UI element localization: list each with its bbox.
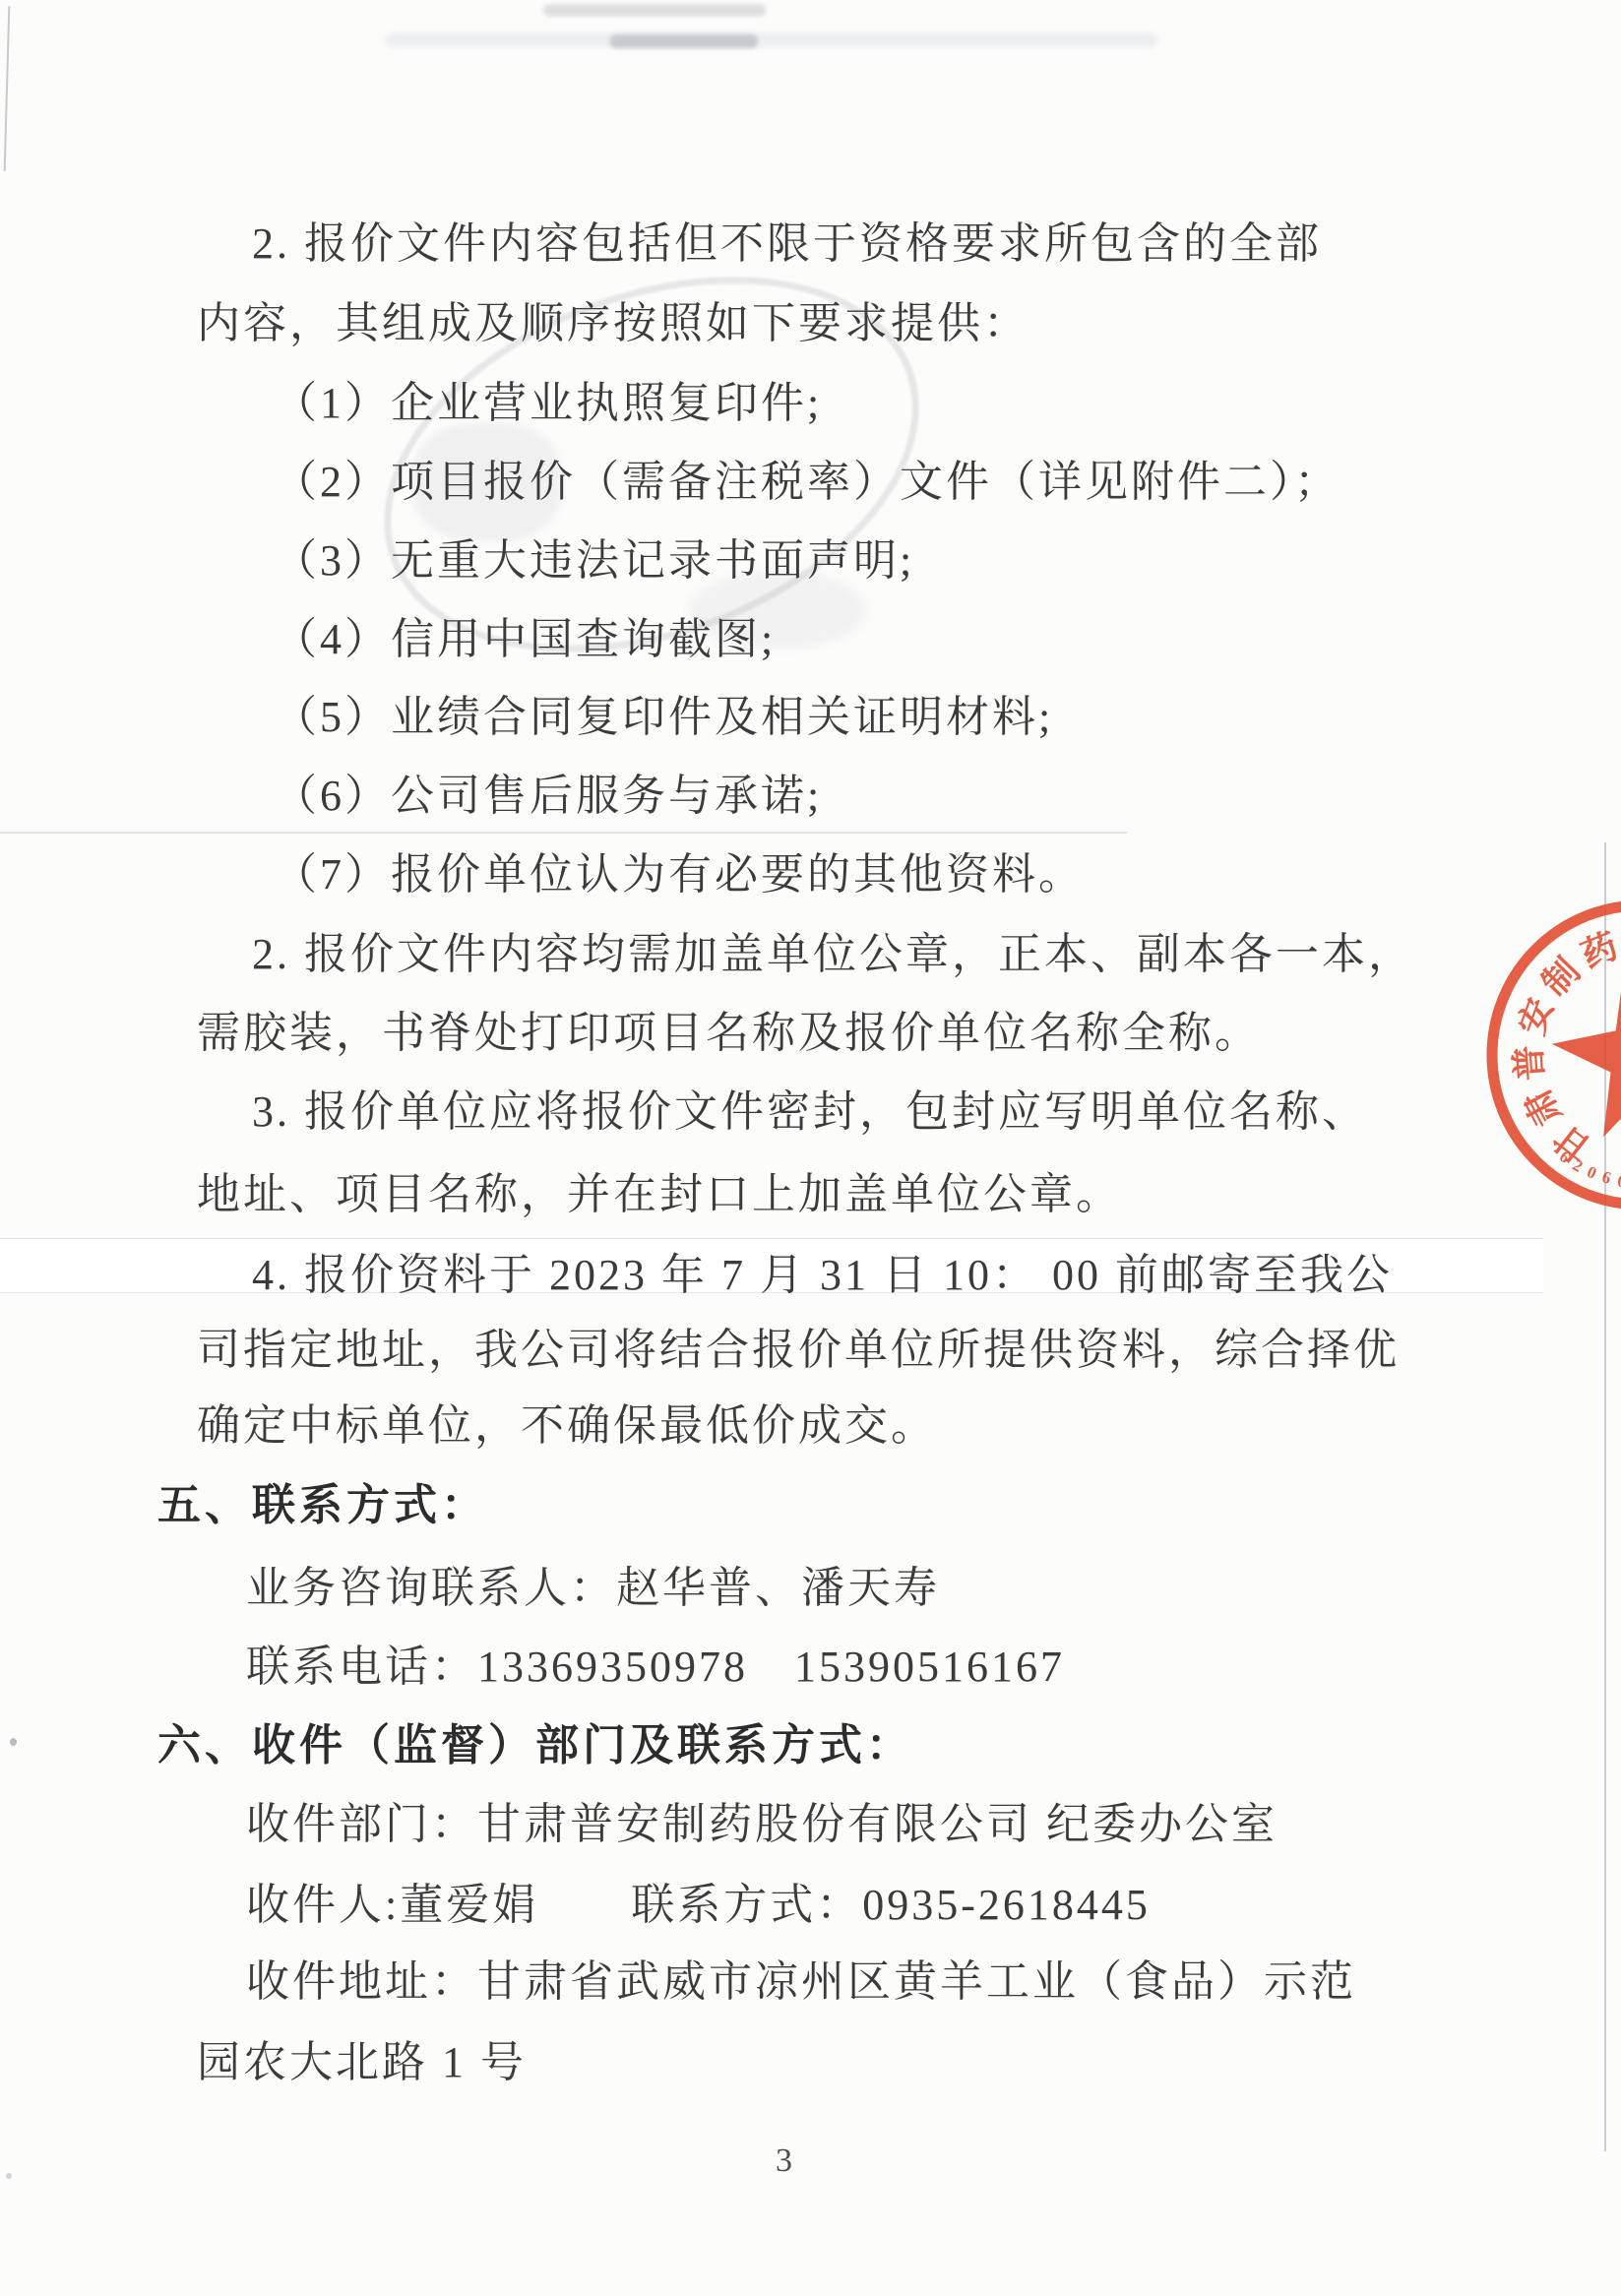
scan-smudge-top-2 (386, 32, 1157, 47)
scan-smudge-top-1 (543, 4, 766, 17)
scan-speck (10, 1738, 17, 1746)
scan-speck (6, 2173, 12, 2179)
text-line: 确定中标单位，不确保最低价成交。 (197, 1400, 937, 1452)
company-seal-stamp: 甘 肃 普 安 制 药 股 份 6 2 0 6 0 1 3 (1472, 886, 1621, 1224)
seal-serial-digit: 6 (1600, 1167, 1613, 1188)
scan-edge-line-topleft (4, 6, 11, 171)
list-item: （1）企业营业执照复印件; (274, 378, 822, 429)
seal-character: 普 (1509, 1044, 1550, 1083)
list-item: （3）无重大违法记录书面声明; (274, 535, 914, 587)
text-line: 3. 报价单位应将报价文件密封，包封应写明单位名称、 (252, 1086, 1368, 1138)
text-line: 4. 报价资料于 2023 年 7 月 31 日 10： 00 前邮寄至我公 (252, 1250, 1393, 1301)
list-item: （4）信用中国查询截图; (274, 614, 776, 665)
scanned-document-page: { "page": { "number": "3", "background":… (0, 0, 1621, 2296)
text-line: 2. 报价文件内容均需加盖单位公章，正本、副本各一本， (252, 929, 1414, 980)
scan-artifact-line (0, 832, 1127, 834)
list-item: （6）公司售后服务与承诺; (274, 771, 822, 822)
list-item: （5）业绩合同复印件及相关证明材料; (274, 692, 1053, 743)
text-line: 2. 报价文件内容包括但不限于资格要求所包含的全部 (252, 218, 1322, 270)
contact-phone-line: 联系电话：13369350978 15390516167 (246, 1642, 1065, 1693)
page-number: 3 (776, 2136, 792, 2187)
text-line: 内容，其组成及顺序按照如下要求提供： (197, 298, 1029, 349)
seal-serial-digit: 0 (1585, 1162, 1599, 1183)
seal-character: 制 (1534, 951, 1588, 1004)
list-item: （2）项目报价（需备注税率）文件（详见附件二）； (274, 457, 1340, 508)
contact-person-line: 业务咨询联系人：赵华普、潘天寿 (246, 1563, 940, 1614)
seal-character: 药 (1576, 926, 1621, 976)
recipient-department-line: 收件部门：甘肃普安制药股份有限公司 纪委办公室 (246, 1799, 1278, 1850)
scan-smudge-top-3 (610, 34, 758, 48)
recipient-address-line: 收件地址：甘肃省武威市凉州区黄羊工业（食品）示范 (246, 1956, 1356, 2008)
text-line: 需胶装，书脊处打印项目名称及报价单位名称全称。 (197, 1008, 1261, 1059)
text-line: 地址、项目名称，并在封口上加盖单位公章。 (197, 1169, 1122, 1220)
text-line: 司指定地址，我公司将结合报价单位所提供资料，综合择优 (197, 1325, 1400, 1376)
list-item: （7）报价单位认为有必要的其他资料。 (274, 849, 1085, 900)
recipient-address-line2: 园农大北路 1 号 (197, 2037, 527, 2088)
section-heading-contact: 五、联系方式： (157, 1480, 488, 1531)
section-heading-recipient: 六、收件（监督）部门及联系方式： (157, 1720, 913, 1771)
recipient-person-line: 收件人:董爱娟 联系方式：0935-2618445 (246, 1880, 1151, 1931)
seal-character: 肃 (1518, 1083, 1569, 1133)
seal-character: 安 (1512, 993, 1561, 1040)
seal-serial-digit: 0 (1616, 1171, 1621, 1191)
